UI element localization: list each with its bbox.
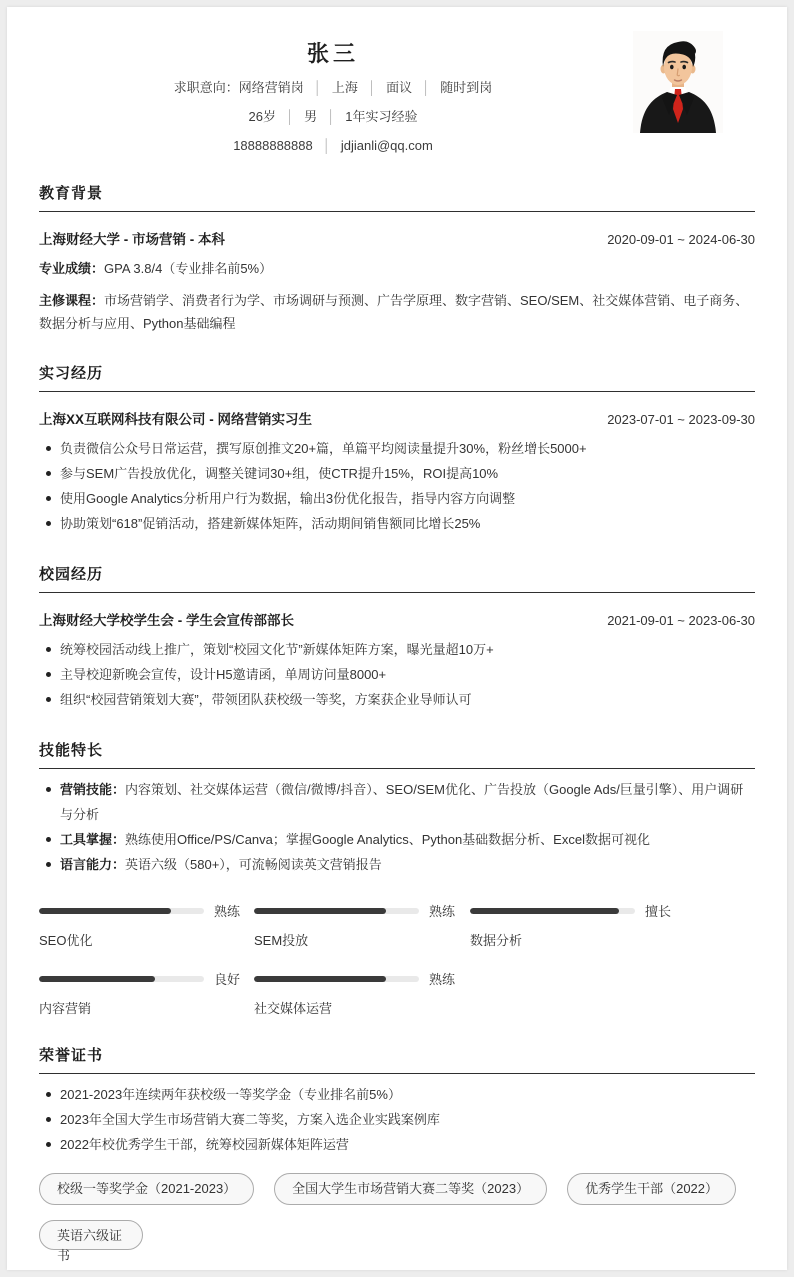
section-title-internship: 实习经历	[39, 362, 755, 392]
separator-bar: │	[305, 80, 331, 95]
separator-bar: │	[413, 80, 439, 95]
badge-outstanding-cadre: 优秀学生干部（2022）	[567, 1173, 736, 1205]
skill-bar-content-marketing: 良好 内容营销	[39, 969, 254, 1017]
campus-bullet-list: 统筹校园活动线上推广，策划“校园文化节”新媒体矩阵方案，曝光量超10万+ 主导校…	[43, 637, 755, 712]
section-title-honors: 荣誉证书	[39, 1044, 755, 1074]
section-title-campus: 校园经历	[39, 563, 755, 593]
separator-bar: │	[314, 138, 340, 153]
list-item: 营销技能：内容策划、社交媒体运营（微信/微博/抖音）、SEO/SEM优化、广告投…	[43, 777, 755, 827]
experience-years: 1年实习经验	[344, 109, 418, 124]
progress-fill	[254, 908, 386, 914]
section-honors: 荣誉证书 2021-2023年连续两年获校级一等奖学金（专业排名前5%） 202…	[39, 1044, 755, 1250]
job-intent-line: 求职意向：网络营销岗│上海│面议│随时到岗	[39, 79, 627, 97]
organization-and-role: 上海财经大学校学生会 - 学生会宣传部部长	[39, 609, 294, 629]
list-item: 负责微信公众号日常运营，撰写原创推文20+篇，单篇平均阅读量提升30%，粉丝增长…	[43, 436, 755, 461]
email-address: jdjianli@qq.com	[340, 138, 434, 153]
contact-line: 18888888888│jdjianli@qq.com	[39, 137, 627, 155]
badge-scholarship: 校级一等奖学金（2021-2023）	[39, 1173, 254, 1205]
skill-bars-grid: 熟练 SEO优化 熟练 SEM投放 擅长 数据分析	[39, 901, 755, 1017]
section-title-education: 教育背景	[39, 182, 755, 212]
list-item: 工具掌握：熟练使用Office/PS/Canva；掌握Google Analyt…	[43, 827, 755, 852]
skill-bar-data-analysis: 擅长 数据分析	[470, 901, 755, 949]
gpa-value: GPA 3.8/4（专业排名前5%）	[104, 261, 272, 276]
internship-bullet-list: 负责微信公众号日常运营，撰写原创推文20+篇，单篇平均阅读量提升30%，粉丝增长…	[43, 436, 755, 536]
list-item: 2023年全国大学生市场营销大赛二等奖，方案入选企业实践案例库	[43, 1107, 755, 1132]
progress-fill	[39, 908, 171, 914]
avatar-illustration	[633, 31, 723, 133]
gender: 男	[303, 109, 318, 124]
phone-number: 18888888888	[232, 138, 314, 153]
skill-category-text: 英语六级（580+），可流畅阅读英文营销报告	[125, 857, 382, 872]
skill-category-label: 语言能力：	[60, 857, 125, 872]
skill-category-label: 营销技能：	[60, 782, 125, 797]
company-and-role: 上海XX互联网科技有限公司 - 网络营销实习生	[39, 408, 312, 428]
skill-level-label: 熟练	[429, 969, 455, 988]
skill-bar-seo: 熟练 SEO优化	[39, 901, 254, 949]
header-text-block: 张三 求职意向：网络营销岗│上海│面议│随时到岗 26岁│男│1年实习经验 18…	[39, 31, 627, 155]
skill-level-label: 熟练	[429, 901, 455, 920]
section-internship: 实习经历 上海XX互联网科技有限公司 - 网络营销实习生 2023-07-01 …	[39, 362, 755, 536]
availability: 随时到岗	[439, 80, 493, 95]
progress-track	[254, 976, 419, 982]
campus-date-range: 2021-09-01 ~ 2023-06-30	[607, 613, 755, 628]
internship-date-range: 2023-07-01 ~ 2023-09-30	[607, 412, 755, 427]
list-item: 语言能力：英语六级（580+），可流畅阅读英文营销报告	[43, 852, 755, 877]
courses-value: 市场营销学、消费者行为学、市场调研与预测、广告学原理、数字营销、SEO/SEM、…	[39, 293, 748, 331]
progress-track	[254, 908, 419, 914]
salary-expectation: 面议	[385, 80, 413, 95]
skills-bullet-list: 营销技能：内容策划、社交媒体运营（微信/微博/抖音）、SEO/SEM优化、广告投…	[43, 777, 755, 877]
list-item: 统筹校园活动线上推广，策划“校园文化节”新媒体矩阵方案，曝光量超10万+	[43, 637, 755, 662]
skill-level-label: 良好	[214, 969, 240, 988]
internship-entry-head: 上海XX互联网科技有限公司 - 网络营销实习生 2023-07-01 ~ 202…	[39, 408, 755, 428]
skill-level-label: 擅长	[645, 901, 671, 920]
section-skills: 技能特长 营销技能：内容策划、社交媒体运营（微信/微博/抖音）、SEO/SEM优…	[39, 739, 755, 1017]
job-intent: 求职意向：网络营销岗	[173, 80, 305, 95]
list-item: 使用Google Analytics分析用户行为数据，输出3份优化报告，指导内容…	[43, 486, 755, 511]
list-item: 组织“校园营销策划大赛”，带领团队获校级一等奖，方案获企业导师认可	[43, 687, 755, 712]
separator-bar: │	[359, 80, 385, 95]
certificate-badges: 校级一等奖学金（2021-2023） 全国大学生市场营销大赛二等奖（2023） …	[39, 1173, 755, 1250]
resume-header: 张三 求职意向：网络营销岗│上海│面议│随时到岗 26岁│男│1年实习经验 18…	[39, 31, 755, 155]
skill-name-label: 社交媒体运营	[254, 998, 470, 1017]
separator-bar: │	[277, 109, 303, 124]
courses-label: 主修课程：	[39, 293, 104, 308]
skill-name-label: 内容营销	[39, 998, 254, 1017]
profile-photo	[633, 31, 723, 133]
skill-category-label: 工具掌握：	[60, 832, 125, 847]
personal-info-line: 26岁│男│1年实习经验	[39, 108, 627, 126]
progress-track	[470, 908, 635, 914]
skill-name-label: SEO优化	[39, 930, 254, 949]
honors-bullet-list: 2021-2023年连续两年获校级一等奖学金（专业排名前5%） 2023年全国大…	[43, 1082, 755, 1157]
progress-fill	[39, 976, 155, 982]
courses-line: 主修课程：市场营销学、消费者行为学、市场调研与预测、广告学原理、数字营销、SEO…	[39, 289, 755, 335]
progress-fill	[254, 976, 386, 982]
skill-bar-sem: 熟练 SEM投放	[254, 901, 470, 949]
skill-category-text: 熟练使用Office/PS/Canva；掌握Google Analytics、P…	[125, 832, 650, 847]
age: 26岁	[248, 109, 277, 124]
city: 上海	[331, 80, 359, 95]
gpa-label: 专业成绩：	[39, 261, 104, 276]
progress-track	[39, 976, 204, 982]
progress-fill	[470, 908, 619, 914]
section-education: 教育背景 上海财经大学 - 市场营销 - 本科 2020-09-01 ~ 202…	[39, 182, 755, 335]
list-item: 参与SEM广告投放优化，调整关键词30+组，使CTR提升15%，ROI提高10%	[43, 461, 755, 486]
list-item: 协助策划“618”促销活动，搭建新媒体矩阵，活动期间销售额同比增长25%	[43, 511, 755, 536]
skill-name-label: SEM投放	[254, 930, 470, 949]
candidate-name: 张三	[39, 31, 627, 68]
gpa-line: 专业成绩：GPA 3.8/4（专业排名前5%）	[39, 257, 755, 280]
progress-track	[39, 908, 204, 914]
resume-page: 张三 求职意向：网络营销岗│上海│面议│随时到岗 26岁│男│1年实习经验 18…	[7, 7, 787, 1270]
separator-bar: │	[318, 109, 344, 124]
list-item: 主导校迎新晚会宣传，设计H5邀请函，单周访问量8000+	[43, 662, 755, 687]
list-item: 2021-2023年连续两年获校级一等奖学金（专业排名前5%）	[43, 1082, 755, 1107]
list-item: 2022年校优秀学生干部，统筹校园新媒体矩阵运营	[43, 1132, 755, 1157]
skill-name-label: 数据分析	[470, 930, 755, 949]
badge-marketing-contest: 全国大学生市场营销大赛二等奖（2023）	[274, 1173, 547, 1205]
school-and-major: 上海财经大学 - 市场营销 - 本科	[39, 228, 225, 248]
section-campus: 校园经历 上海财经大学校学生会 - 学生会宣传部部长 2021-09-01 ~ …	[39, 563, 755, 712]
skill-bar-social-media: 熟练 社交媒体运营	[254, 969, 470, 1017]
campus-entry-head: 上海财经大学校学生会 - 学生会宣传部部长 2021-09-01 ~ 2023-…	[39, 609, 755, 629]
education-entry-head: 上海财经大学 - 市场营销 - 本科 2020-09-01 ~ 2024-06-…	[39, 228, 755, 248]
section-title-skills: 技能特长	[39, 739, 755, 769]
skill-category-text: 内容策划、社交媒体运营（微信/微博/抖音）、SEO/SEM优化、广告投放（Goo…	[60, 782, 743, 822]
skill-level-label: 熟练	[214, 901, 240, 920]
education-date-range: 2020-09-01 ~ 2024-06-30	[607, 232, 755, 247]
badge-cet6: 英语六级证书	[39, 1220, 143, 1250]
